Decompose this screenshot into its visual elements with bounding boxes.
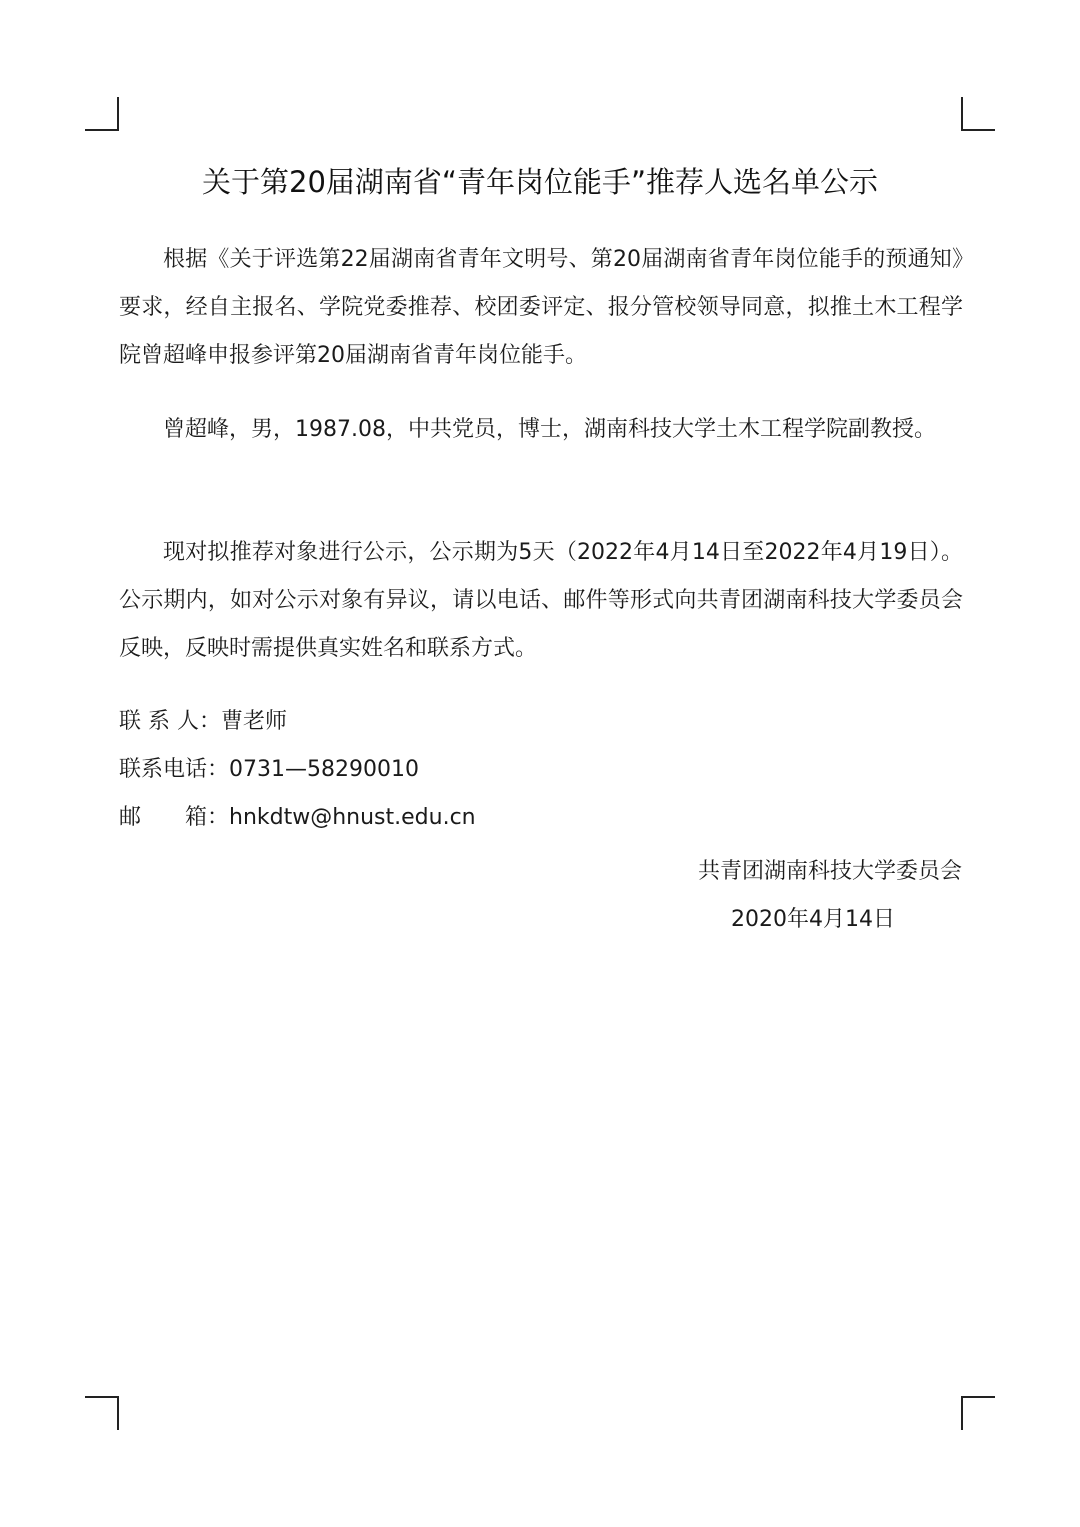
crop-mark-bottom-left-v <box>117 1396 119 1430</box>
contact-person-row: 联 系 人： 曹老师 <box>119 698 476 746</box>
contact-email-value[interactable]: hnkdtw@hnust.edu.cn <box>229 794 476 842</box>
contact-person-label: 联 系 人： <box>119 698 221 746</box>
crop-mark-bottom-left-h <box>85 1396 119 1398</box>
contact-phone-row: 联系电话： 0731—58290010 <box>119 746 476 794</box>
contact-email-row: 邮 箱： hnkdtw@hnust.edu.cn <box>119 794 476 842</box>
crop-mark-top-right-h <box>961 129 995 131</box>
paragraph-text: 现对拟推荐对象进行公示，公示期为5天（2022年4月14日至2022年4月19日… <box>119 529 963 673</box>
signature-date: 2020年4月14日 <box>731 896 895 944</box>
document-title: 关于第20届湖南省“青年岗位能手”推荐人选名单公示 <box>0 160 1080 204</box>
paragraph-notice-period: 现对拟推荐对象进行公示，公示期为5天（2022年4月14日至2022年4月19日… <box>119 529 963 673</box>
paragraph-text: 根据《关于评选第22届湖南省青年文明号、第20届湖南省青年岗位能手的预通知》要求… <box>119 236 963 380</box>
crop-mark-top-right-v <box>961 97 963 131</box>
contact-email-label: 邮 箱： <box>119 794 229 842</box>
paragraph-candidate: 曾超峰，男，1987.08，中共党员，博士，湖南科技大学土木工程学院副教授。 <box>119 406 963 454</box>
crop-mark-top-left-v <box>117 97 119 131</box>
contact-phone-label: 联系电话： <box>119 746 229 794</box>
crop-mark-bottom-right-h <box>961 1396 995 1398</box>
paragraph-basis: 根据《关于评选第22届湖南省青年文明号、第20届湖南省青年岗位能手的预通知》要求… <box>119 236 963 380</box>
paragraph-text: 曾超峰，男，1987.08，中共党员，博士，湖南科技大学土木工程学院副教授。 <box>119 406 963 454</box>
crop-mark-top-left-h <box>85 129 119 131</box>
contact-info: 联 系 人： 曹老师 联系电话： 0731—58290010 邮 箱： hnkd… <box>119 698 476 842</box>
contact-person-value: 曹老师 <box>221 698 287 746</box>
contact-phone-value: 0731—58290010 <box>229 746 419 794</box>
signature-organization: 共青团湖南科技大学委员会 <box>698 848 962 896</box>
crop-mark-bottom-right-v <box>961 1396 963 1430</box>
